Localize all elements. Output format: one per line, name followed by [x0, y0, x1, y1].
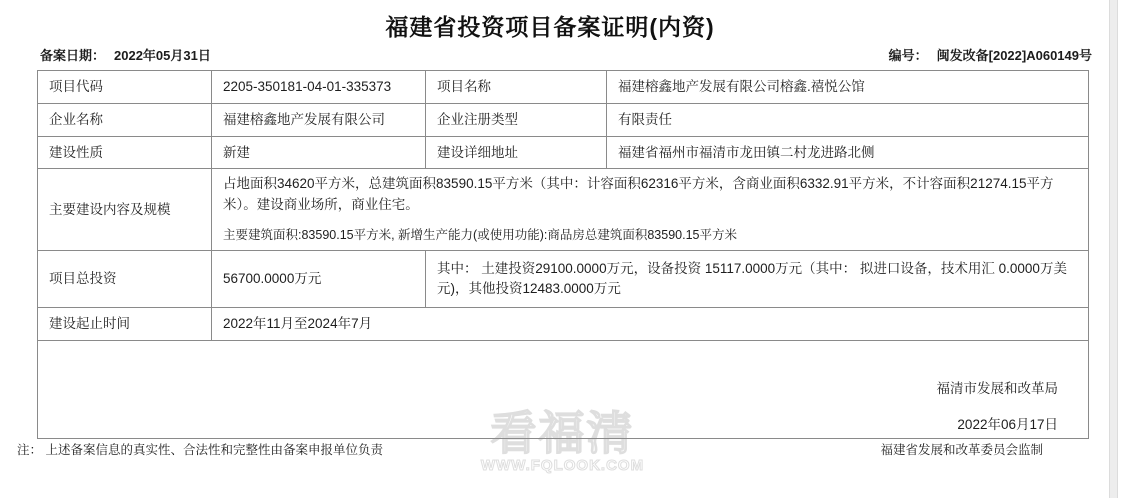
footer-supervision: 福建省发展和改革委员会监制 — [880, 440, 1043, 458]
filing-certificate-table: 项目代码 2205-350181-04-01-335373 项目名称 福建榕鑫地… — [37, 70, 1089, 439]
enterprise-name-value: 福建榕鑫地产发展有限公司 — [212, 104, 426, 137]
total-investment-label: 项目总投资 — [38, 251, 212, 308]
page-title: 福建省投资项目备案证明(内资) — [0, 9, 1100, 42]
total-investment-value: 56700.0000万元 — [212, 251, 426, 308]
construction-address-label: 建设详细地址 — [426, 137, 607, 169]
table-row-project: 项目代码 2205-350181-04-01-335373 项目名称 福建榕鑫地… — [38, 71, 1089, 104]
doc-number-value: 闽发改备[2022]A060149号 — [937, 48, 1092, 63]
certificate-page: 福建省投资项目备案证明(内资) 备案日期：2022年05月31日 编号：闽发改备… — [0, 0, 1125, 498]
enterprise-name-label: 企业名称 — [38, 104, 212, 137]
content-scale-paragraph-2: 主要建筑面积:83590.15平方米, 新增生产能力(或使用功能):商品房总建筑… — [223, 225, 1078, 246]
enterprise-reg-type-value: 有限责任 — [607, 104, 1089, 137]
construction-nature-value: 新建 — [212, 137, 426, 169]
project-name-label: 项目名称 — [426, 71, 607, 104]
table-row-construction: 建设性质 新建 建设详细地址 福建省福州市福清市龙田镇二村龙进路北侧 — [38, 137, 1089, 169]
content-scale-paragraph-1: 占地面积34620平方米，总建筑面积83590.15平方米（其中：计容面积623… — [223, 173, 1078, 215]
table-row-investment: 项目总投资 56700.0000万元 其中： 土建投资29100.0000万元，… — [38, 251, 1089, 308]
table-row-signature: 福清市发展和改革局 2022年06月17日 — [38, 341, 1089, 439]
doc-number-line: 编号：闽发改备[2022]A060149号 — [889, 45, 1092, 64]
filing-date-line: 备案日期：2022年05月31日 — [40, 45, 211, 64]
vertical-scrollbar[interactable] — [1109, 0, 1118, 498]
filing-date-value: 2022年05月31日 — [114, 48, 211, 63]
issuing-authority: 福清市发展和改革局 — [49, 379, 1058, 399]
content-scale-value: 占地面积34620平方米，总建筑面积83590.15平方米（其中：计容面积623… — [212, 169, 1089, 251]
table-row-period: 建设起止时间 2022年11月至2024年7月 — [38, 308, 1089, 341]
construction-nature-label: 建设性质 — [38, 137, 212, 169]
signature-cell: 福清市发展和改革局 2022年06月17日 — [38, 341, 1089, 439]
filing-date-label: 备案日期： — [40, 48, 105, 63]
enterprise-reg-type-label: 企业注册类型 — [426, 104, 607, 137]
project-name-value: 福建榕鑫地产发展有限公司榕鑫.禧悦公馆 — [607, 71, 1089, 104]
table-row-enterprise: 企业名称 福建榕鑫地产发展有限公司 企业注册类型 有限责任 — [38, 104, 1089, 137]
doc-number-label: 编号： — [889, 48, 928, 63]
watermark-site: WWW.FQLOOK.COM — [0, 458, 1125, 474]
footer-note: 注： 上述备案信息的真实性、合法性和完整性由备案申报单位负责 — [17, 440, 383, 458]
project-code-label: 项目代码 — [38, 71, 212, 104]
project-code-value: 2205-350181-04-01-335373 — [212, 71, 426, 104]
content-scale-label: 主要建设内容及规模 — [38, 169, 212, 251]
issue-date: 2022年06月17日 — [49, 415, 1058, 435]
table-row-content-scale: 主要建设内容及规模 占地面积34620平方米，总建筑面积83590.15平方米（… — [38, 169, 1089, 251]
investment-breakdown: 其中： 土建投资29100.0000万元，设备投资 15117.0000万元（其… — [426, 251, 1089, 308]
construction-period-value: 2022年11月至2024年7月 — [212, 308, 1089, 341]
construction-period-label: 建设起止时间 — [38, 308, 212, 341]
construction-address-value: 福建省福州市福清市龙田镇二村龙进路北侧 — [607, 137, 1089, 169]
